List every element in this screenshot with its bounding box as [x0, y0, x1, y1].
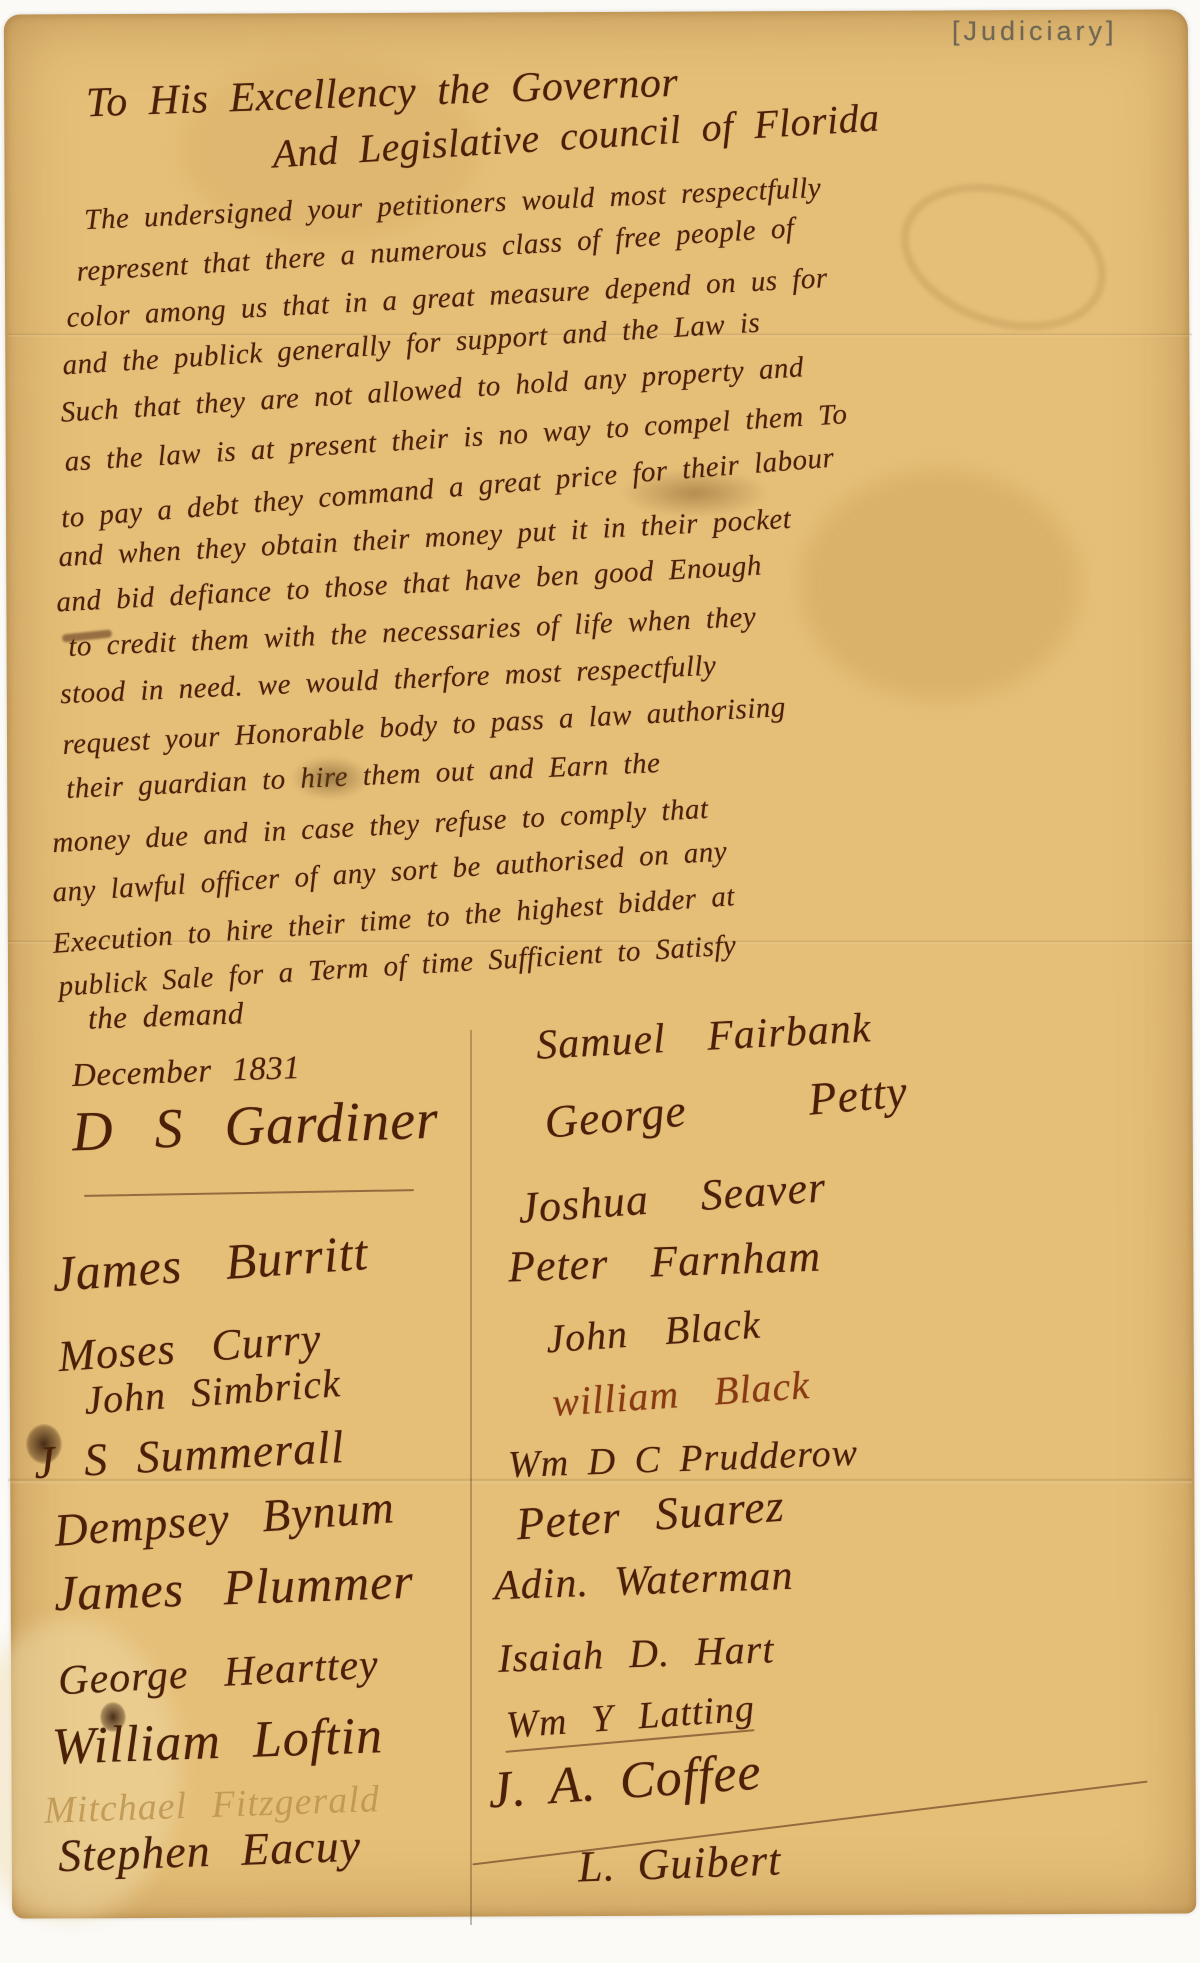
- signature: William Loftin: [51, 1710, 384, 1774]
- signature: Peter Farnham: [507, 1235, 821, 1290]
- signature: Isaiah D. Hart: [497, 1629, 775, 1679]
- pencil-annotation: [Judiciary]: [952, 16, 1118, 47]
- body-closing-line: the demand: [88, 997, 245, 1033]
- signature: Adin. Waterman: [493, 1555, 794, 1607]
- signature: D S Gardiner: [71, 1092, 440, 1161]
- stain: [800, 470, 1080, 700]
- signature: James Plummer: [53, 1556, 414, 1619]
- signature: Stephen Eacuy: [57, 1823, 361, 1880]
- ink-smudge: [290, 756, 370, 800]
- date-line: December 1831: [71, 1052, 300, 1093]
- document-scan: [Judiciary] To His Excellency the Govern…: [0, 0, 1200, 1963]
- column-divider-line: [470, 1030, 472, 1925]
- signature: L. Guibert: [577, 1838, 782, 1889]
